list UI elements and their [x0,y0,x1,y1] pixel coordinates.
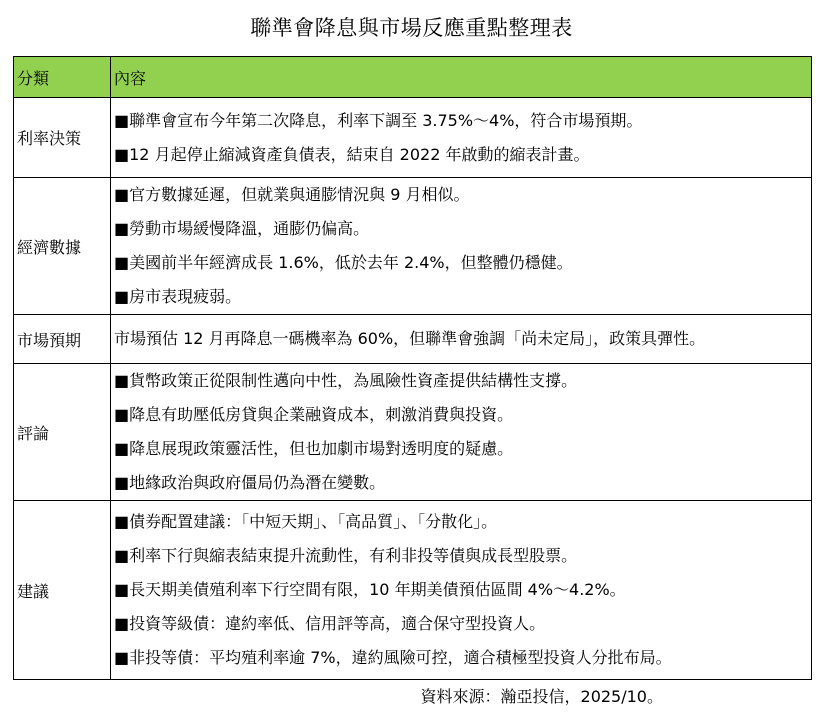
row-content: ■貨幣政策正從限制性邁向中性，為風險性資產提供結構性支撐。 ■降息有助壓低房貸與… [111,364,812,501]
row-content: ■聯準會宣布今年第二次降息，利率下調至 3.75%～4%，符合市場預期。 ■12… [111,98,812,178]
content-line: ■12 月起停止縮減資產負債表，結束自 2022 年啟動的縮表計畫。 [114,138,807,172]
content-line: ■利率下行與縮表結束提升流動性，有利非投等債與成長型股票。 [114,539,807,573]
row-category-market-expectation: 市場預期 [14,315,111,364]
content-line: ■降息有助壓低房貸與企業融資成本，刺激消費與投資。 [114,398,807,432]
table-row: 評論 ■貨幣政策正從限制性邁向中性，為風險性資產提供結構性支撐。 ■降息有助壓低… [14,364,812,501]
summary-table: 分類 內容 利率決策 ■聯準會宣布今年第二次降息，利率下調至 3.75%～4%，… [13,56,812,680]
row-category-recommendation: 建議 [14,501,111,680]
content-line: ■美國前半年經濟成長 1.6%，低於去年 2.4%，但整體仍穩健。 [114,246,807,280]
content-line: ■房市表現疲弱。 [114,280,807,314]
content-line: ■降息展現政策靈活性，但也加劇市場對透明度的疑慮。 [114,432,807,466]
table-row: 市場預期 市場預估 12 月再降息一碼機率為 60%，但聯準會強調「尚未定局」，… [14,315,812,364]
content-line: ■官方數據延遲，但就業與通膨情況與 9 月相似。 [114,178,807,212]
row-content: ■債券配置建議：「中短天期」、「高品質」、「分散化」。 ■利率下行與縮表結束提升… [111,501,812,680]
column-header-content: 內容 [111,57,812,98]
page-title: 聯準會降息與市場反應重點整理表 [0,0,823,42]
column-header-category: 分類 [14,57,111,98]
content-line: ■貨幣政策正從限制性邁向中性，為風險性資產提供結構性支撐。 [114,364,807,398]
data-source: 資料來源：瀚亞投信，2025/10。 [0,686,663,708]
content-line: ■債券配置建議：「中短天期」、「高品質」、「分散化」。 [114,505,807,539]
row-content: ■官方數據延遲，但就業與通膨情況與 9 月相似。 ■勞動市場緩慢降溫，通膨仍偏高… [111,178,812,315]
content-line: ■長天期美債殖利率下行空間有限，10 年期美債預估區間 4%～4.2%。 [114,573,807,607]
content-line: ■聯準會宣布今年第二次降息，利率下調至 3.75%～4%，符合市場預期。 [114,104,807,138]
row-content: 市場預估 12 月再降息一碼機率為 60%，但聯準會強調「尚未定局」，政策具彈性… [111,315,812,364]
row-category-commentary: 評論 [14,364,111,501]
table-row: 利率決策 ■聯準會宣布今年第二次降息，利率下調至 3.75%～4%，符合市場預期… [14,98,812,178]
row-category-economic-data: 經濟數據 [14,178,111,315]
table-row: 建議 ■債券配置建議：「中短天期」、「高品質」、「分散化」。 ■利率下行與縮表結… [14,501,812,680]
content-line: ■投資等級債：違約率低、信用評等高，適合保守型投資人。 [114,607,807,641]
content-line: ■非投等債：平均殖利率逾 7%，違約風險可控，適合積極型投資人分批布局。 [114,641,807,675]
content-line: ■勞動市場緩慢降溫，通膨仍偏高。 [114,212,807,246]
table-row: 經濟數據 ■官方數據延遲，但就業與通膨情況與 9 月相似。 ■勞動市場緩慢降溫，… [14,178,812,315]
table-header-row: 分類 內容 [14,57,812,98]
row-category-rate-decision: 利率決策 [14,98,111,178]
content-line: ■地緣政治與政府僵局仍為潛在變數。 [114,466,807,500]
content-line: 市場預估 12 月再降息一碼機率為 60%，但聯準會強調「尚未定局」，政策具彈性… [114,322,807,356]
